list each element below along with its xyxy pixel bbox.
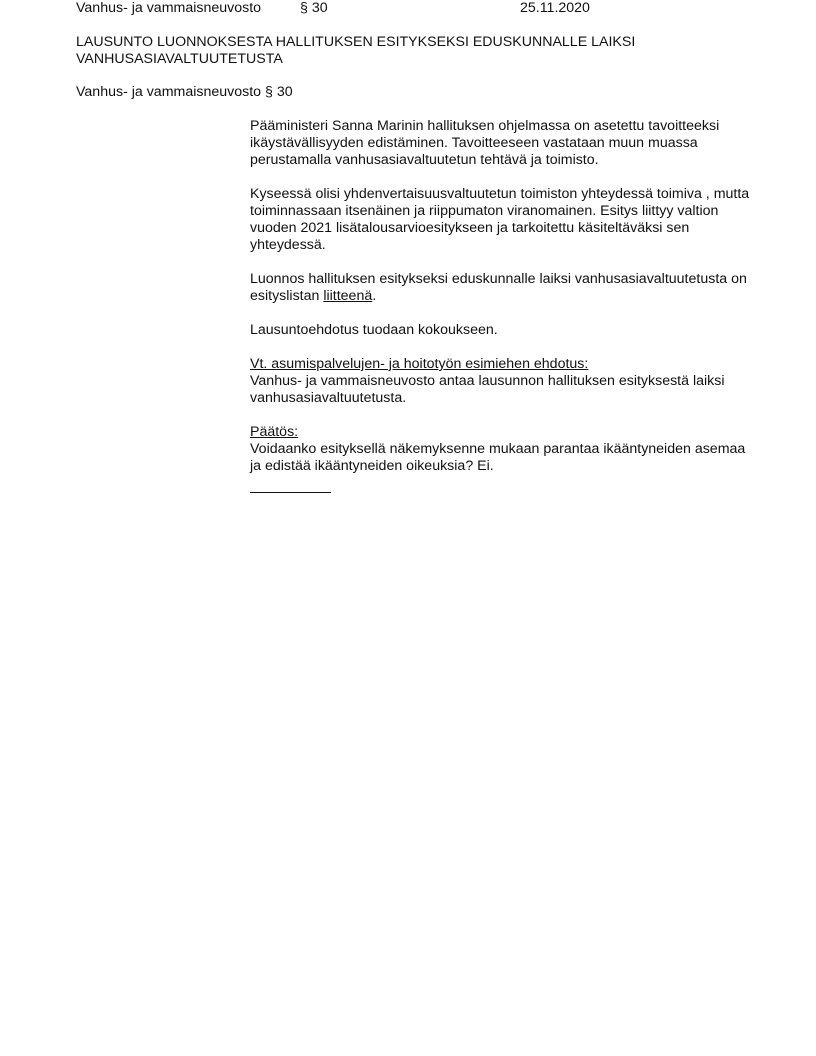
document-title: LAUSUNTO LUONNOKSESTA HALLITUKSEN ESITYK…: [76, 34, 716, 68]
attachment-text-end: .: [372, 288, 376, 304]
proposal-text: Vanhus- ja vammaisneuvosto antaa lausunn…: [250, 373, 725, 406]
header-body-name: Vanhus- ja vammaisneuvosto: [76, 0, 261, 17]
end-divider: [250, 492, 331, 493]
paragraph-background: Pääministeri Sanna Marinin hallituksen o…: [250, 118, 750, 169]
decision-heading: Päätös:: [250, 424, 750, 441]
header-date: 25.11.2020: [520, 0, 590, 17]
paragraph-description: Kyseessä olisi yhdenvertaisuusvaltuutetu…: [250, 186, 750, 254]
body-reference: Vanhus- ja vammaisneuvosto § 30: [76, 84, 293, 101]
decision-text: Voidaanko esityksellä näkemyksenne mukaa…: [250, 441, 745, 474]
decision-section: Päätös: Voidaanko esityksellä näkemyksen…: [250, 424, 750, 475]
document-content: Pääministeri Sanna Marinin hallituksen o…: [250, 118, 750, 493]
paragraph-statement-note: Lausuntoehdotus tuodaan kokoukseen.: [250, 322, 750, 339]
document-header: Vanhus- ja vammaisneuvosto § 30 25.11.20…: [76, 0, 776, 17]
paragraph-attachment: Luonnos hallituksen esitykseksi eduskunn…: [250, 271, 750, 305]
proposal-section: Vt. asumispalvelujen- ja hoitotyön esimi…: [250, 356, 750, 407]
header-section-number: § 30: [300, 0, 328, 17]
proposal-heading: Vt. asumispalvelujen- ja hoitotyön esimi…: [250, 356, 750, 373]
attachment-link[interactable]: liitteenä: [323, 288, 372, 304]
